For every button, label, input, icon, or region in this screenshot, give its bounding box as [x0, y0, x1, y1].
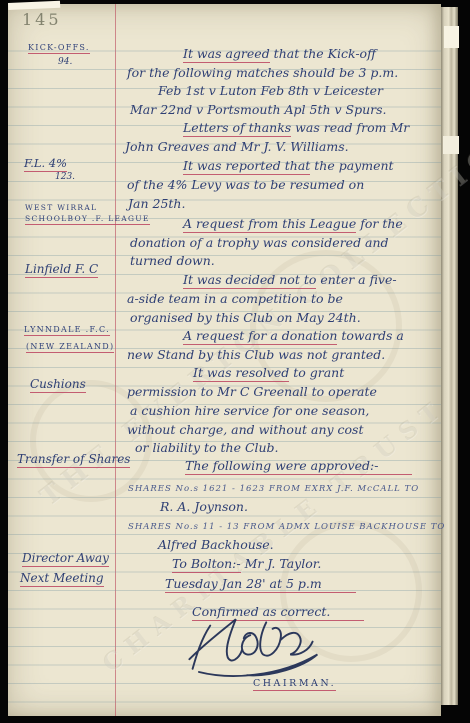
minute-line: Feb 1st v Luton Feb 8th v Leicester [158, 83, 383, 98]
minute-text: towards a [337, 328, 404, 343]
underlined-phrase: It was agreed [183, 46, 270, 63]
margin-heading-kick-offs: KICK-OFFS. [28, 43, 90, 54]
minute-line: a cushion hire service for one season, [130, 403, 369, 418]
minute-line: To Bolton:- Mr J. Taylor. [172, 556, 321, 571]
minute-text: for the [356, 216, 403, 231]
margin-note: 94. [58, 57, 72, 67]
minute-line: It was decided not to enter a five- [183, 272, 397, 287]
minute-line: The following were approved:- [185, 458, 412, 473]
minute-text: to grant [289, 365, 344, 380]
margin-heading-new-zealand: (NEW ZEALAND) [26, 342, 114, 353]
minute-text: enter a five- [316, 272, 396, 287]
page-number: 145 [22, 10, 62, 29]
underlined-phrase: A request for a donation [183, 328, 337, 345]
underlined-phrase: To Bolton:- [172, 556, 241, 573]
minute-line: Tuesday Jan 28' at 5 p.m [165, 576, 356, 591]
minute-line: or liability to the Club. [135, 440, 279, 455]
minute-line: It was agreed that the Kick-off [183, 46, 376, 61]
minute-line: Alfred Backhouse. [158, 537, 274, 552]
minute-line: SHARES No.s 1621 - 1623 FROM EXRX J.F. M… [128, 484, 419, 494]
minute-line: a-side team in a competition to be [127, 291, 343, 306]
margin-heading-lynndale: LYNNDALE .F.C. [24, 325, 110, 336]
minute-text: the payment [310, 158, 393, 173]
underlined-phrase: It was decided not to [183, 272, 316, 289]
minute-line: Mar 22nd v Portsmouth Apl 5th v Spurs. [130, 102, 387, 117]
minute-text: that the Kick-off [270, 46, 376, 61]
minute-text: was read from Mr [291, 120, 409, 135]
minute-line: of the 4% Levy was to be resumed on [127, 177, 364, 192]
underlined-phrase: Letters of thanks [183, 120, 291, 137]
underlined-phrase: Tuesday Jan 28' at 5 p.m [165, 576, 356, 593]
minute-line: Jan 25th. [128, 196, 185, 211]
minute-book-scan: THE EVERTON COLLECTION CHARITABLE TRUST … [0, 0, 470, 723]
minute-line: It was reported that the payment [183, 158, 394, 173]
underlined-phrase: The following were approved:- [185, 458, 412, 475]
margin-heading-west-wirral: WEST WIRRAL [25, 203, 97, 212]
minute-line: without charge, and without any cost [127, 422, 364, 437]
minute-line: donation of a trophy was considered and [130, 235, 389, 250]
margin-heading-cushions: Cushions [30, 377, 86, 393]
margin-heading-director-away: Director Away [22, 551, 109, 567]
margin-heading-linfield: Linfield F. C [25, 262, 98, 278]
minute-line: permission to Mr C Greenall to operate [127, 384, 377, 399]
minute-text: Mr J. Taylor. [241, 556, 322, 571]
chairman-signature [163, 608, 363, 680]
minute-line: for the following matches should be 3 p.… [127, 65, 398, 80]
minute-line: A request from this League for the [183, 216, 403, 231]
margin-heading-transfer-of-shares: Transfer of Shares [17, 452, 130, 468]
margin-heading-schoolboy-league: SCHOOLBOY .F. LEAGUE [25, 214, 150, 225]
minute-line: organised by this Club on May 24th. [130, 310, 361, 325]
minute-line: John Greaves and Mr J. V. Williams. [125, 139, 349, 154]
minute-line: SHARES No.s 11 - 13 FROM ADMX LOUISE BAC… [128, 522, 445, 532]
underlined-phrase: It was reported that [183, 158, 310, 175]
margin-heading-fl-levy: F.L. 4% [24, 156, 67, 172]
minute-line: A request for a donation towards a [183, 328, 404, 343]
minute-line: new Stand by this Club was not granted. [127, 347, 385, 362]
chairman-label: CHAIRMAN. [253, 678, 336, 689]
minute-line: Letters of thanks was read from Mr [183, 120, 409, 135]
margin-heading-next-meeting: Next Meeting [20, 571, 104, 587]
underlined-phrase: A request from this League [183, 216, 356, 233]
margin-note: 123. [55, 172, 75, 182]
minute-line: It was resolved to grant [193, 365, 344, 380]
minute-line: R. A. Joynson. [160, 499, 248, 514]
underlined-phrase: CHAIRMAN. [253, 678, 336, 691]
underlined-phrase: It was resolved [193, 365, 289, 382]
handwritten-content: 145 KICK-OFFS. 94. F.L. 4% 123. WEST WIR… [0, 0, 470, 723]
minute-line: turned down. [130, 253, 215, 268]
